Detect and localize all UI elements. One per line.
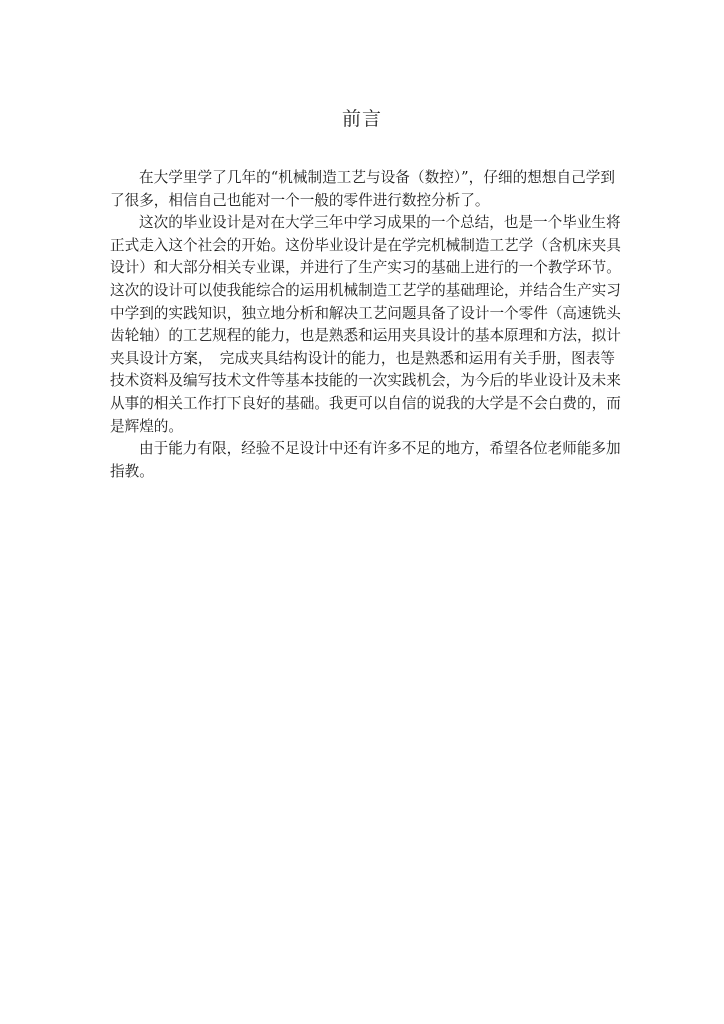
text-line: 这次的设计可以使我能综合的运用机械制造工艺学的基础理论，并结合生产实习 bbox=[110, 280, 615, 303]
text-line: 从事的相关工作打下良好的基础。我更可以自信的说我的大学是不会白费的，而 bbox=[110, 393, 615, 416]
text-line: 了很多，相信自己也能对一个一般的零件进行数控分析了。 bbox=[110, 190, 615, 213]
page-title: 前言 bbox=[0, 104, 724, 131]
text-line: 中学到的实践知识，独立地分析和解决工艺问题具备了设计一个零件（高速铣头 bbox=[110, 303, 615, 326]
text-line: 夹具设计方案， 完成夹具结构设计的能力，也是熟悉和运用有关手册，图表等 bbox=[110, 348, 615, 371]
preface-body: 在大学里学了几年的“机械制造工艺与设备（数控）”，仔细的想想自己学到 了很多，相… bbox=[110, 167, 615, 483]
text-line: 正式走入这个社会的开始。这份毕业设计是在学完机械制造工艺学（含机床夹具 bbox=[110, 235, 615, 258]
text-line: 是辉煌的。 bbox=[110, 416, 615, 439]
text-line: 技术资料及编写技术文件等基本技能的一次实践机会，为今后的毕业设计及未来 bbox=[110, 370, 615, 393]
text-line: 齿轮轴）的工艺规程的能力，也是熟悉和运用夹具设计的基本原理和方法，拟计 bbox=[110, 325, 615, 348]
text-line: 指教。 bbox=[110, 461, 615, 484]
text-line: 在大学里学了几年的“机械制造工艺与设备（数控）”，仔细的想想自己学到 bbox=[110, 167, 615, 190]
text-line: 由于能力有限，经验不足设计中还有许多不足的地方，希望各位老师能多加 bbox=[110, 438, 615, 461]
text-line: 设计）和大部分相关专业课，并进行了生产实习的基础上进行的一个教学环节。 bbox=[110, 257, 615, 280]
text-line: 这次的毕业设计是对在大学三年中学习成果的一个总结，也是一个毕业生将 bbox=[110, 212, 615, 235]
